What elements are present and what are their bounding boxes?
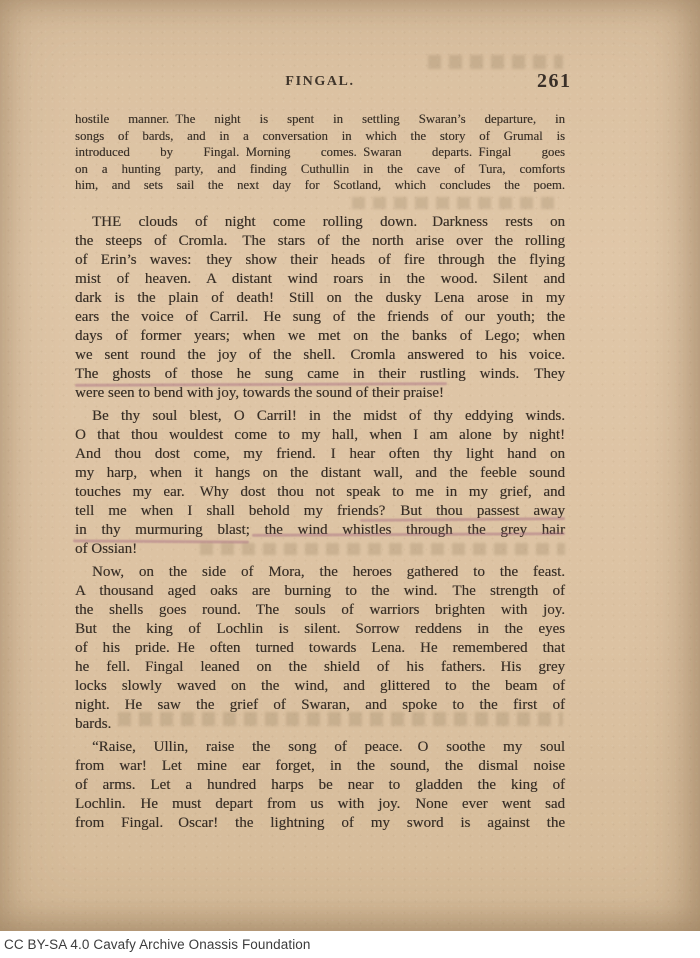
- text-line: the shells goes round. The souls of warr…: [75, 601, 565, 620]
- paragraph: THE clouds of night come rolling down. D…: [75, 213, 565, 403]
- argument-summary: hostile manner. The night is spent in se…: [75, 111, 565, 194]
- text-line: A thousand aged oaks are burning to the …: [75, 582, 565, 601]
- text-line: The ghosts of those he sung came in thei…: [75, 365, 565, 384]
- paragraph: Be thy soul blest, O Carril! in the mids…: [75, 407, 565, 559]
- text-line: mist of heaven. A distant wind roars in …: [75, 270, 565, 289]
- text-line: he fell. Fingal leaned on the shield of …: [75, 658, 565, 677]
- text-line: introduced by Fingal. Morning comes. Swa…: [75, 144, 565, 161]
- text-line: locks slowly waved on the wind, and glit…: [75, 677, 565, 696]
- text-line: of arms. Let a hundred harps be near to …: [75, 776, 565, 795]
- text-line: Lochlin. He must depart from us with joy…: [75, 795, 565, 814]
- book-page: FINGAL. 261 hostile manner. The night is…: [0, 0, 700, 931]
- license-bar: CC BY-SA 4.0 Cavafy Archive Onassis Foun…: [0, 931, 700, 958]
- poem-body-text: THE clouds of night come rolling down. D…: [75, 213, 565, 833]
- text-line: bards.: [75, 715, 565, 734]
- show-through-smudge: [428, 55, 563, 69]
- text-line: Be thy soul blest, O Carril! in the mids…: [75, 407, 565, 426]
- text-line: were seen to bend with joy, towards the …: [75, 384, 565, 403]
- scanned-page-screenshot: FINGAL. 261 hostile manner. The night is…: [0, 0, 700, 958]
- text-line: hostile manner. The night is spent in se…: [75, 111, 565, 128]
- text-line: dark is the plain of death! Still on the…: [75, 289, 565, 308]
- text-line: him, and sets sail the next day for Scot…: [75, 177, 565, 194]
- text-line: on a hunting party, and finding Cuthulli…: [75, 161, 565, 178]
- text-line: we sent round the joy of the shell. Crom…: [75, 346, 565, 365]
- text-line: O that thou wouldest come to my hall, wh…: [75, 426, 565, 445]
- text-line: of Ossian!: [75, 540, 565, 559]
- running-title: FINGAL.: [75, 74, 565, 90]
- text-line: of his pride. He often turned towards Le…: [75, 639, 565, 658]
- paragraph: “Raise, Ullin, raise the song of peace. …: [75, 738, 565, 833]
- text-line: night. He saw the grief of Swaran, and s…: [75, 696, 565, 715]
- text-line: from war! Let mine ear forget, in the so…: [75, 757, 565, 776]
- license-text: CC BY-SA 4.0 Cavafy Archive Onassis Foun…: [4, 937, 311, 952]
- text-line: tell me when I shall behold my friends? …: [75, 502, 565, 521]
- text-line: Now, on the side of Mora, the heroes gat…: [75, 563, 565, 582]
- text-line: And thou dost come, my friend. I hear of…: [75, 445, 565, 464]
- text-line: songs of bards, and in a conversation in…: [75, 128, 565, 145]
- text-line: days of former years; when we met on the…: [75, 327, 565, 346]
- text-line: THE clouds of night come rolling down. D…: [75, 213, 565, 232]
- show-through-smudge: [352, 197, 562, 209]
- page-number: 261: [537, 70, 572, 93]
- text-line: touches my ear. Why dost thou not speak …: [75, 483, 565, 502]
- text-line: of Erin’s waves: they show their heads o…: [75, 251, 565, 270]
- text-line: my harp, when it hangs on the distant wa…: [75, 464, 565, 483]
- text-line: in thy murmuring blast; the wind whistle…: [75, 521, 565, 540]
- text-line: But the king of Lochlin is silent. Sorro…: [75, 620, 565, 639]
- paragraph: Now, on the side of Mora, the heroes gat…: [75, 563, 565, 734]
- text-line: ears the voice of Carril. He sung of the…: [75, 308, 565, 327]
- text-line: “Raise, Ullin, raise the song of peace. …: [75, 738, 565, 757]
- text-line: the steeps of Cromla. The stars of the n…: [75, 232, 565, 251]
- text-line: from Fingal. Oscar! the lightning of my …: [75, 814, 565, 833]
